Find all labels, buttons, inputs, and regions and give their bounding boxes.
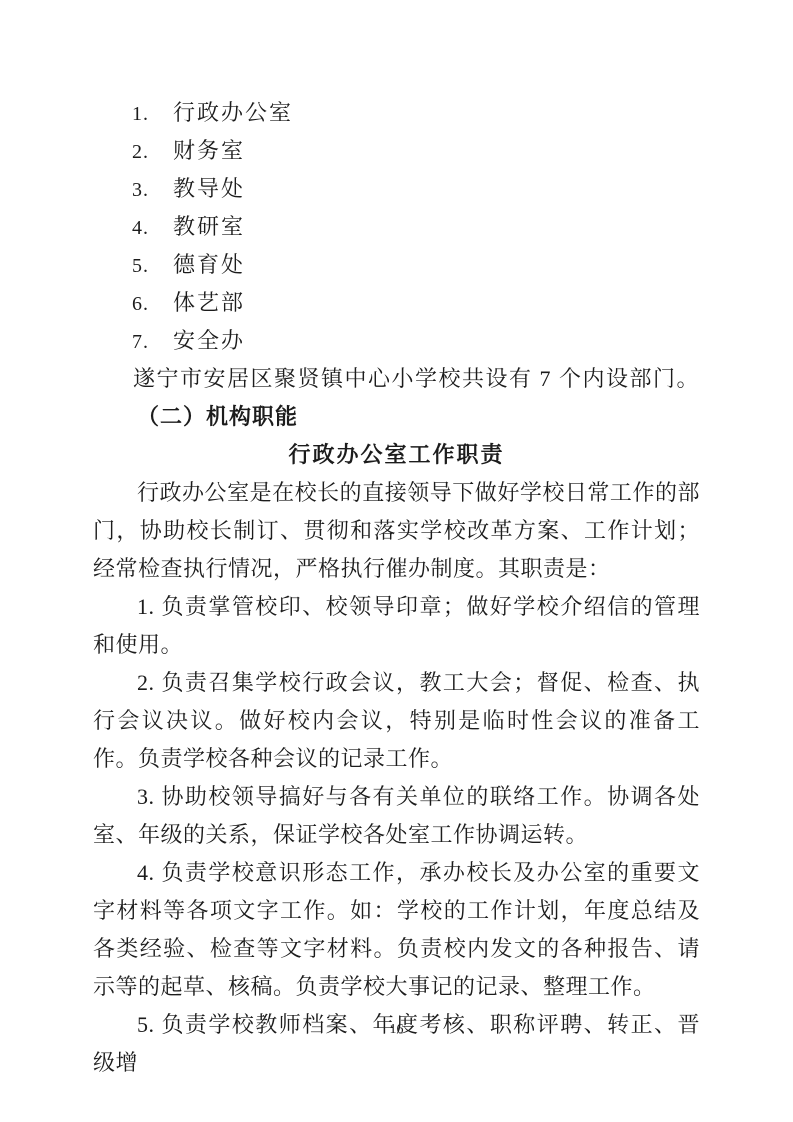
dept-item-label: 体艺部 — [173, 290, 245, 315]
dept-list-item: 7.安全办 — [93, 322, 700, 360]
body-paragraph: 1. 负责掌管校印、校领导印章；做好学校介绍信的管理和使用。 — [93, 588, 700, 664]
subsection-title: 行政办公室工作职责 — [93, 436, 700, 474]
dept-list-item: 6.体艺部 — [93, 284, 700, 322]
dept-item-number: 7. — [132, 323, 173, 361]
department-summary-line: 遂宁市安居区聚贤镇中心小学校共设有 7 个内设部门。 — [93, 360, 700, 398]
page-content: 1.行政办公室 2.财务室 3.教导处 4.教研室 5.德育处 6.体艺部 7.… — [93, 94, 700, 1082]
page-number: 16 — [0, 1022, 793, 1038]
dept-list-item: 3.教导处 — [93, 170, 700, 208]
dept-item-label: 教研室 — [173, 214, 245, 239]
dept-list-item: 5.德育处 — [93, 246, 700, 284]
body-paragraph: 4. 负责学校意识形态工作，承办校长及办公室的重要文字材料等各项文字工作。如：学… — [93, 854, 700, 1006]
dept-list-item: 2.财务室 — [93, 132, 700, 170]
body-paragraph: 3. 协助校领导搞好与各有关单位的联络工作。协调各处室、年级的关系，保证学校各处… — [93, 778, 700, 854]
dept-list-item: 1.行政办公室 — [93, 94, 700, 132]
body-paragraph: 行政办公室是在校长的直接领导下做好学校日常工作的部门，协助校长制订、贯彻和落实学… — [93, 474, 700, 588]
dept-item-label: 教导处 — [173, 176, 245, 201]
dept-item-number: 1. — [132, 95, 173, 133]
dept-item-number: 5. — [132, 247, 173, 285]
body-paragraph: 2. 负责召集学校行政会议，教工大会；督促、检查、执行会议决议。做好校内会议，特… — [93, 664, 700, 778]
section-heading: （二）机构职能 — [93, 398, 700, 436]
department-list: 1.行政办公室 2.财务室 3.教导处 4.教研室 5.德育处 6.体艺部 7.… — [93, 94, 700, 360]
dept-item-label: 安全办 — [173, 328, 245, 353]
document-page: 1.行政办公室 2.财务室 3.教导处 4.教研室 5.德育处 6.体艺部 7.… — [0, 0, 793, 1122]
dept-item-label: 德育处 — [173, 252, 245, 277]
body-paragraph: 5. 负责学校教师档案、年度考核、职称评聘、转正、晋级增 — [93, 1006, 700, 1082]
dept-item-number: 6. — [132, 285, 173, 323]
dept-item-number: 2. — [132, 133, 173, 171]
dept-item-label: 行政办公室 — [173, 100, 293, 125]
dept-item-number: 4. — [132, 209, 173, 247]
dept-item-number: 3. — [132, 171, 173, 209]
dept-list-item: 4.教研室 — [93, 208, 700, 246]
dept-item-label: 财务室 — [173, 138, 245, 163]
